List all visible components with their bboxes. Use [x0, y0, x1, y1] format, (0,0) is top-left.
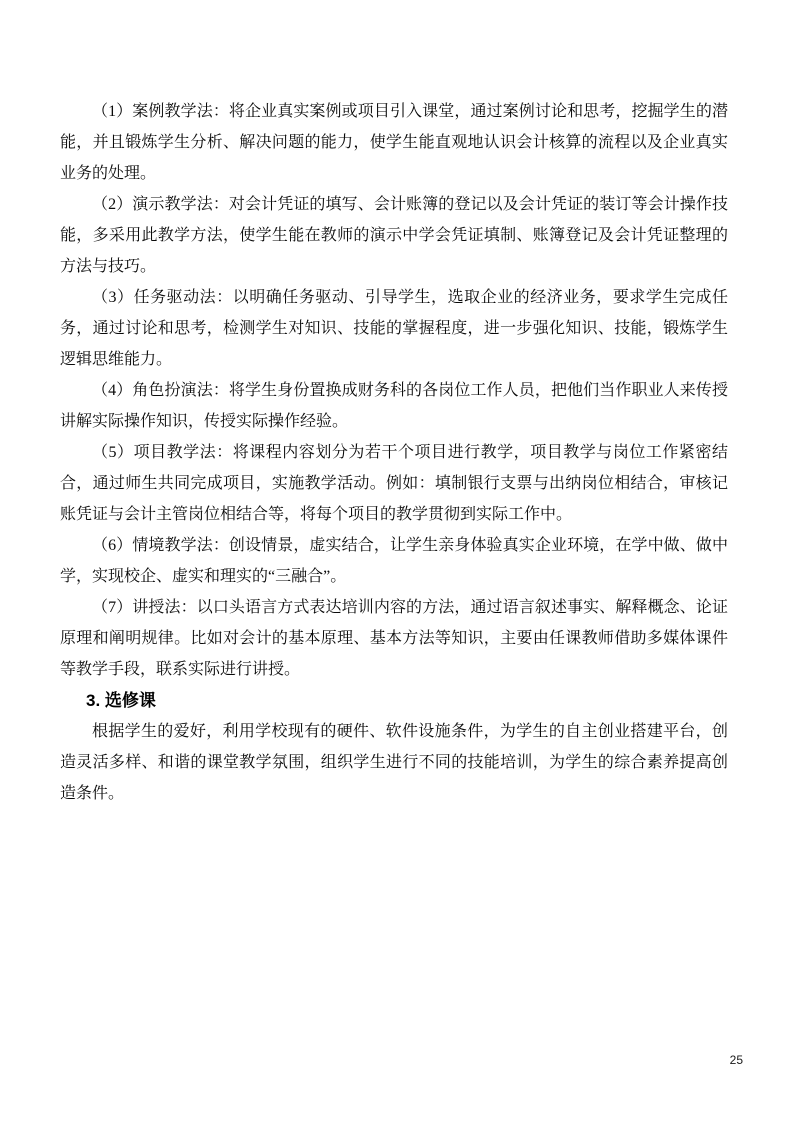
paragraph-demonstration-teaching-method: （2）演示教学法：对会计凭证的填写、会计账簿的登记以及会计凭证的装订等会计操作技…: [60, 189, 728, 282]
paragraph-case-teaching-method: （1）案例教学法：将企业真实案例或项目引入课堂，通过案例讨论和思考，挖掘学生的潜…: [60, 96, 728, 189]
paragraph-task-driven-method: （3）任务驱动法：以明确任务驱动、引导学生，选取企业的经济业务，要求学生完成任务…: [60, 282, 728, 375]
document-body: （1）案例教学法：将企业真实案例或项目引入课堂，通过案例讨论和思考，挖掘学生的潜…: [60, 96, 728, 809]
document-page: （1）案例教学法：将企业真实案例或项目引入课堂，通过案例讨论和思考，挖掘学生的潜…: [0, 0, 794, 1123]
paragraph-lecture-method: （7）讲授法：以口头语言方式表达培训内容的方法，通过语言叙述事实、解释概念、论证…: [60, 592, 728, 685]
heading-elective-courses: 3. 选修课: [60, 685, 728, 716]
page-number: 25: [730, 1052, 743, 1068]
paragraph-situational-teaching-method: （6）情境教学法：创设情景，虚实结合，让学生亲身体验真实企业环境，在学中做、做中…: [60, 530, 728, 592]
paragraph-project-teaching-method: （5）项目教学法：将课程内容划分为若干个项目进行教学，项目教学与岗位工作紧密结合…: [60, 437, 728, 530]
paragraph-role-play-method: （4）角色扮演法：将学生身份置换成财务科的各岗位工作人员，把他们当作职业人来传授…: [60, 375, 728, 437]
paragraph-elective-courses-description: 根据学生的爱好，利用学校现有的硬件、软件设施条件，为学生的自主创业搭建平台，创造…: [60, 716, 728, 809]
